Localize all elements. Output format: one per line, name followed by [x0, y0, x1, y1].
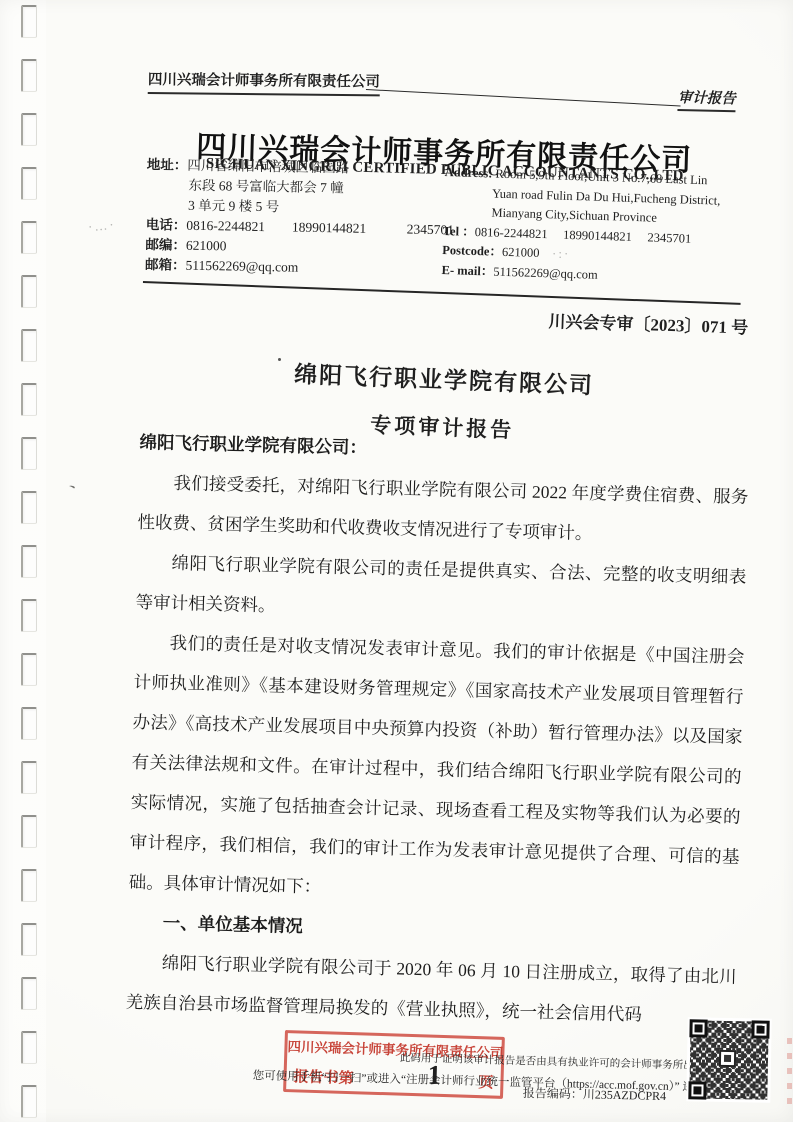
address-label-en: Address:	[444, 165, 492, 180]
binding-hole	[21, 221, 37, 254]
binding-hole	[21, 923, 37, 956]
scan-smudge: ·:·	[552, 246, 570, 262]
paragraph-responsibility-company: 绵阳飞行职业学院有限公司的责任是提供真实、合法、完整的收支明细表等审计相关资料。	[135, 542, 747, 637]
address-line: 四川省绵阳市涪城区临园路	[187, 158, 349, 176]
address-line: Room 5,9th Floor,Unit 3 No.7,68 East Lin	[495, 167, 707, 188]
qr-finder-top-right	[751, 1020, 769, 1038]
tel-label-en: Tel ：	[443, 223, 475, 238]
phone-numbers: 0816-2244821 18990144821 2345701	[186, 218, 454, 238]
email-row-cn: 邮箱：511562269@qq.com	[145, 255, 454, 280]
report-type-label: 审计报告	[677, 86, 736, 112]
binding-holes	[0, 0, 46, 1122]
binding-hole	[21, 113, 37, 146]
binding-hole	[21, 167, 37, 200]
postcode-value: 621000	[186, 238, 227, 254]
qr-finder-bottom-left	[688, 1081, 706, 1099]
email-value: 511562269@qq.com	[493, 264, 598, 281]
binding-hole	[21, 1085, 37, 1118]
qr-center-logo	[719, 1050, 736, 1067]
pencil-mark: 、	[62, 464, 88, 494]
document-number: 川兴会专审〔2023〕071 号	[548, 307, 748, 339]
binding-hole	[21, 1031, 37, 1064]
paragraph-company-basics: 绵阳飞行职业学院有限公司于 2020 年 06 月 10 日注册成立，取得了由北…	[125, 942, 737, 1037]
qr-code	[686, 1017, 771, 1102]
postcode-value: 621000	[502, 245, 540, 260]
report-body: 绵阳飞行职业学院有限公司： 我们接受委托，对绵阳飞行职业学院有限公司 2022 …	[125, 422, 749, 1037]
contact-block-chinese: 地址：四川省绵阳市涪城区临园路 东段 68 号富临大都会 7 幢 3 单元 9 …	[145, 155, 455, 280]
address-label-cn: 地址：	[147, 157, 188, 173]
report-title: 绵阳飞行职业学院有限公司	[139, 350, 750, 406]
binding-hole	[21, 869, 37, 902]
binding-hole	[21, 599, 37, 632]
binding-hole	[21, 437, 37, 470]
email-label-en: E- mail：	[441, 262, 493, 278]
binding-hole	[21, 653, 37, 686]
postcode-label-cn: 邮编：	[145, 237, 186, 253]
paragraph-engagement: 我们接受委托，对绵阳飞行职业学院有限公司 2022 年度学费住宿费、服务性收费、…	[137, 462, 749, 557]
binding-hole	[21, 329, 37, 362]
report-code-value: 川235AZDCPR4	[583, 1087, 667, 1103]
page-edge-bleed	[787, 1032, 792, 1104]
report-code-label: 报告编码：	[523, 1086, 583, 1101]
binding-hole	[21, 761, 37, 794]
scanned-audit-report-page: 四川兴瑞会计师事务所有限责任公司 审计报告 四川兴瑞会计师事务所有限责任公司 S…	[0, 0, 793, 1122]
contact-block-english: Address: Room 5,9th Floor,Unit 3 No.7,68…	[441, 163, 721, 289]
postcode-label-en: Postcode：	[442, 243, 502, 259]
binding-hole	[21, 977, 37, 1010]
letterhead-firm-name-small: 四川兴瑞会计师事务所有限责任公司	[148, 68, 380, 96]
binding-hole	[21, 491, 37, 524]
qr-finder-top-left	[689, 1019, 707, 1037]
binding-hole	[21, 275, 37, 308]
scan-smudge: ·…·	[87, 217, 116, 236]
header-rule-line	[366, 89, 681, 106]
binding-hole	[21, 5, 37, 38]
paragraph-responsibility-auditor: 我们的责任是对收支情况发表审计意见。我们的审计依据是《中国注册会计师执业准则》《…	[128, 622, 745, 917]
binding-hole	[21, 815, 37, 848]
report-code: 报告编码：川235AZDCPR4	[523, 1084, 667, 1104]
binding-hole	[21, 545, 37, 578]
email-label-cn: 邮箱：	[145, 257, 186, 273]
binding-hole	[21, 383, 37, 416]
email-value: 511562269@qq.com	[185, 258, 298, 275]
ink-dot	[278, 358, 281, 361]
binding-hole	[21, 707, 37, 740]
binding-hole	[21, 59, 37, 92]
phone-label-cn: 电话：	[146, 217, 187, 233]
